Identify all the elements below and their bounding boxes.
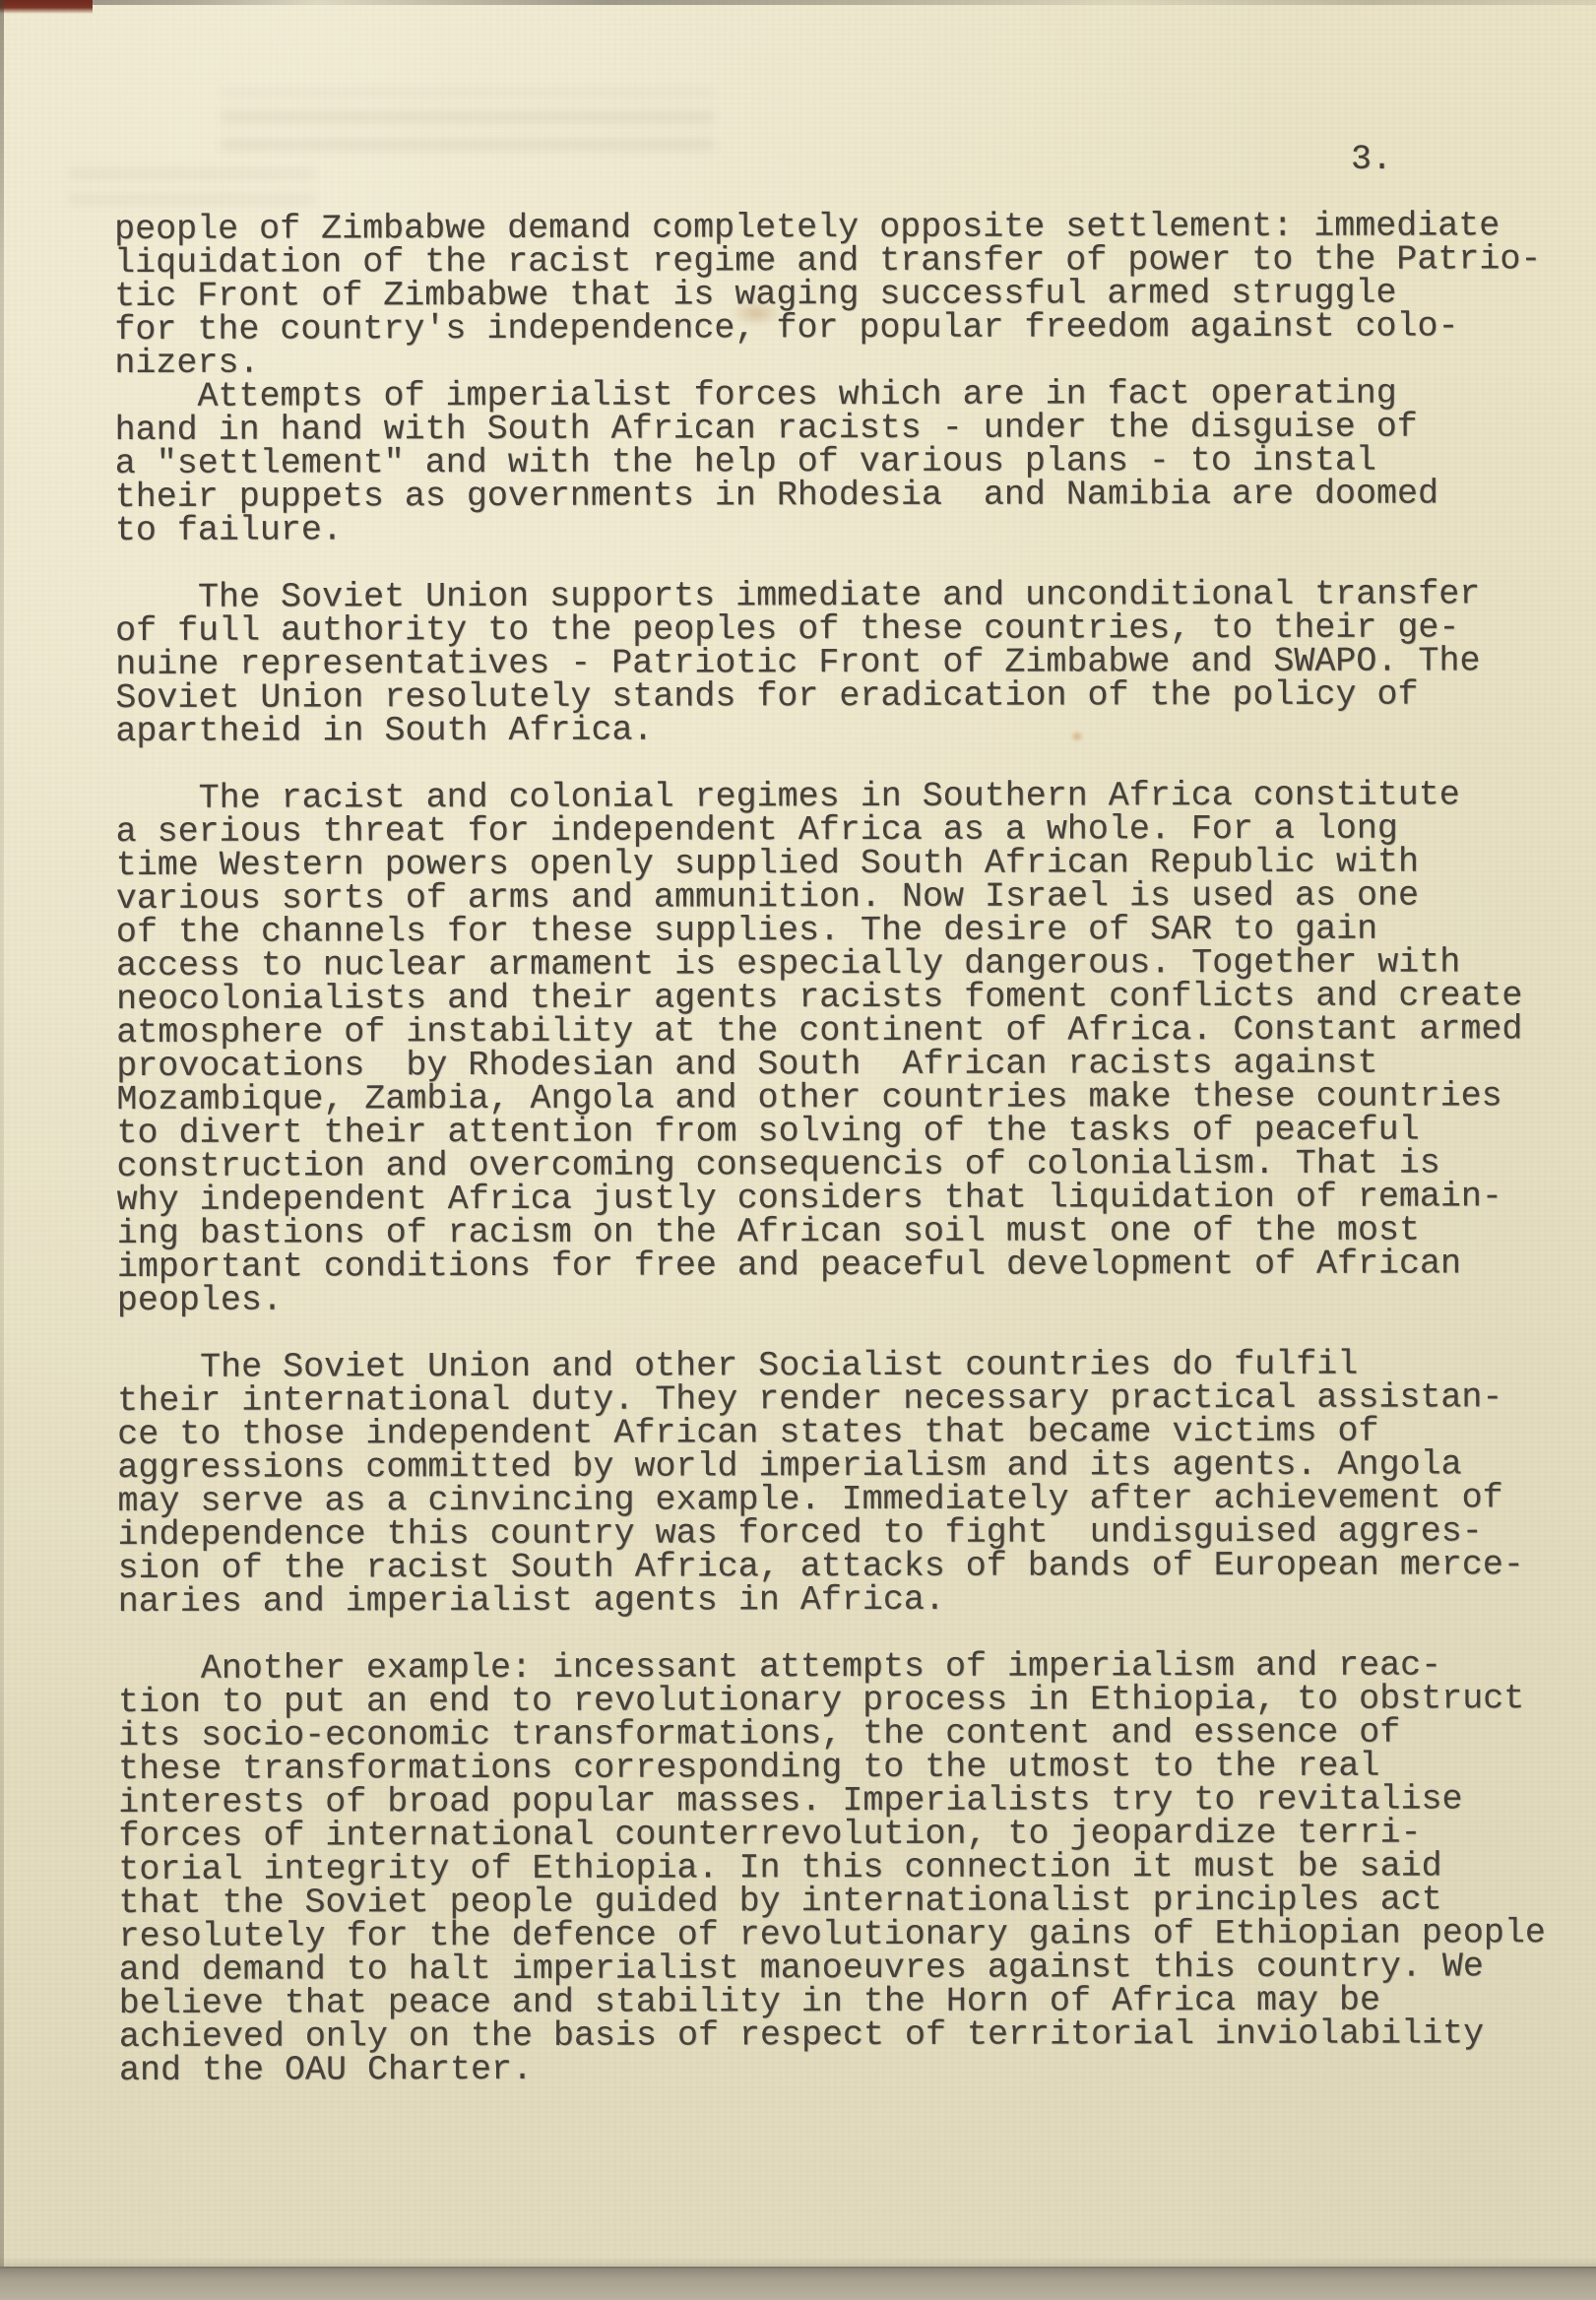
typewritten-text-body: people of Zimbabwe demand completely opp…: [114, 209, 1571, 2087]
scan-edge-left: [0, 0, 4, 2300]
text-line: to failure.: [115, 510, 1567, 547]
text-line: naries and imperialist agents in Africa.: [118, 1581, 1570, 1619]
paragraph: The racist and colonial regimes in South…: [116, 778, 1569, 1317]
text-line: apartheid in South Africa.: [115, 711, 1567, 748]
text-line: Soviet Union resolutely stands for eradi…: [115, 677, 1567, 715]
paragraph: The Soviet Union and other Socialist cou…: [117, 1347, 1570, 1619]
paragraph: Another example: incessant attempts of i…: [118, 1648, 1571, 2087]
document-page: 3. people of Zimbabwe demand completely …: [0, 0, 1596, 2300]
text-line: for the country's independence, for popu…: [114, 309, 1566, 347]
scan-corner-artifact: [0, 0, 93, 14]
paragraph: Attempts of imperialist forces which are…: [114, 376, 1566, 547]
ghost-type-impression: [222, 91, 714, 150]
scan-edge-bottom: [0, 2267, 1596, 2300]
ghost-type-impression: [69, 162, 315, 204]
page-number: 3.: [1351, 140, 1392, 179]
paragraph: people of Zimbabwe demand completely opp…: [114, 209, 1566, 380]
text-line: important conditions for free and peacef…: [117, 1246, 1569, 1284]
scan-edge-top: [0, 0, 1596, 5]
text-line: their puppets as governments in Rhodesia…: [115, 477, 1567, 514]
text-line: and the OAU Charter.: [119, 2050, 1571, 2087]
paragraph: The Soviet Union supports immediate and …: [115, 577, 1567, 748]
text-line: achieved only on the basis of respect of…: [119, 2016, 1571, 2054]
